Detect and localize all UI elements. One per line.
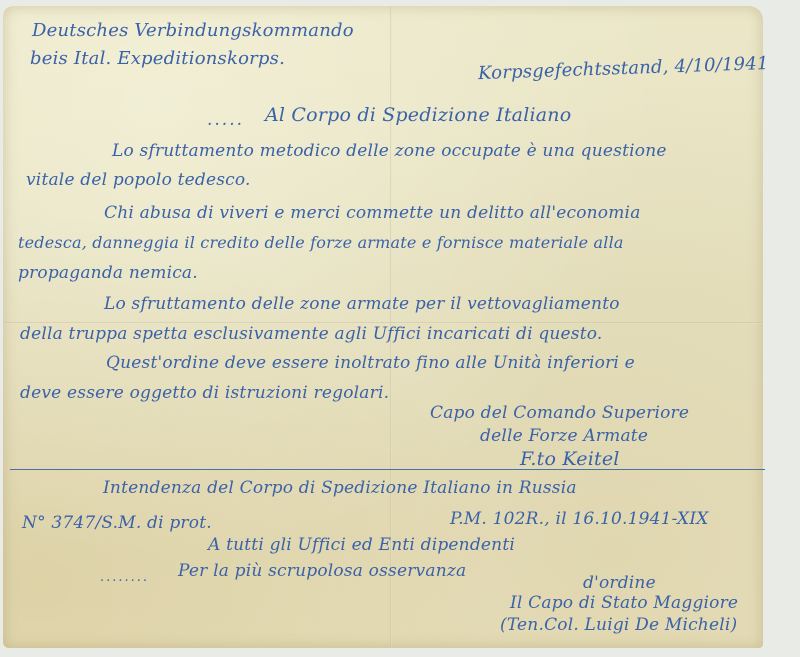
instruction-dots: ........ [100,571,149,584]
signature-title-1: Capo del Comando Superiore [430,405,689,422]
section-divider [10,469,765,470]
instruction: Per la più scrupolosa osservanza [178,563,466,580]
signer-title: Il Capo di Stato Maggiore [510,595,738,612]
addressee: Al Corpo di Spedizione Italiano [265,106,571,125]
signer-name: (Ten.Col. Luigi De Micheli) [500,617,737,634]
body-line-3: Chi abusa di viveri e merci commette un … [104,205,641,222]
second-place-date: P.M. 102R., il 16.10.1941-XIX [450,511,709,528]
body-line-5: propaganda nemica. [18,265,198,282]
protocol-number: N° 3747/S.M. di prot. [22,515,212,532]
signature-title-2: delle Forze Armate [480,428,648,445]
body-line-7: della truppa spetta esclusivamente agli … [20,326,603,343]
recipients: A tutti gli Uffici ed Enti dipendenti [208,537,515,554]
body-line-4: tedesca, danneggia il credito delle forz… [18,235,624,251]
sender-line-1: Deutsches Verbindungskommando [32,22,354,40]
addressee-dots: ..... [207,112,244,129]
body-line-6: Lo sfruttamento delle zone armate per il… [104,296,620,313]
body-line-1: Lo sfruttamento metodico delle zone occu… [112,143,667,160]
intendenza-title: Intendenza del Corpo di Spedizione Itali… [103,480,577,497]
body-line-2: vitale del popolo tedesco. [26,172,251,189]
signature-keitel: F.to Keitel [520,450,620,469]
body-line-9: deve essere oggetto di istruzioni regola… [20,385,389,402]
body-line-8: Quest'ordine deve essere inoltrato fino … [106,355,635,372]
order-note: d'ordine [583,575,656,592]
sender-line-2: beis Ital. Expeditionskorps. [30,50,285,68]
